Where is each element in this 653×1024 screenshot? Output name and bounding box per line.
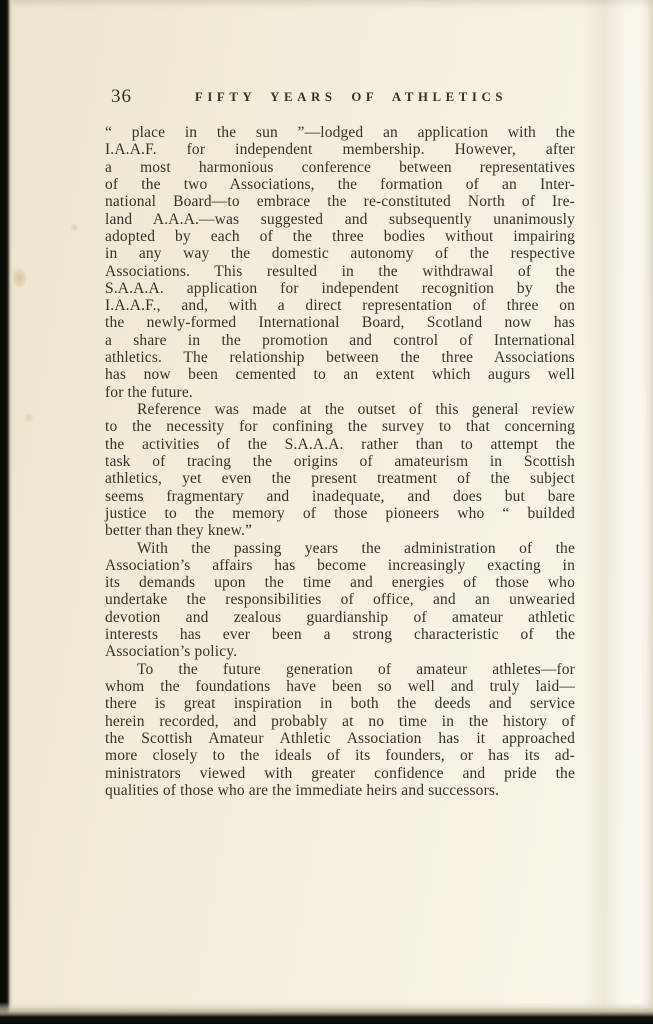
text-line: I.A.A.F. for independent membership. How… bbox=[105, 141, 575, 158]
text-line: To the future generation of amateur athl… bbox=[105, 661, 575, 678]
text-line: athletics. The relationship between the … bbox=[105, 349, 575, 366]
text-line: better than they knew.” bbox=[105, 522, 575, 539]
text-line: the activities of the S.A.A.A. rather th… bbox=[105, 436, 575, 453]
book-edge-left bbox=[0, 0, 14, 1024]
text-line: “ place in the sun ”—lodged an applicati… bbox=[105, 124, 575, 141]
text-line: land A.A.A.—was suggested and subsequent… bbox=[105, 211, 575, 228]
foxing-spot bbox=[70, 223, 79, 232]
text-line: more closely to the ideals of its founde… bbox=[105, 747, 575, 764]
text-line: national Board—to embrace the re-constit… bbox=[105, 193, 575, 210]
text-line: athletics, yet even the present treatmen… bbox=[105, 470, 575, 487]
text-line: the Scottish Amateur Athletic Associatio… bbox=[105, 730, 575, 747]
text-line: Association’s affairs has become increas… bbox=[105, 557, 575, 574]
text-line: I.A.A.F., and, with a direct representat… bbox=[105, 297, 575, 314]
text-line: in any way the domestic autonomy of the … bbox=[105, 245, 575, 262]
page-right-shade bbox=[583, 0, 653, 1024]
book-edge-bottom bbox=[0, 1002, 653, 1024]
text-line: of the two Associations, the formation o… bbox=[105, 176, 575, 193]
text-line: a most harmonious conference between rep… bbox=[105, 159, 575, 176]
text-line: ministrators viewed with greater confide… bbox=[105, 765, 575, 782]
text-line: has now been cemented to an extent which… bbox=[105, 366, 575, 383]
text-line: for the future. bbox=[105, 384, 575, 401]
text-line: undertake the responsibilities of office… bbox=[105, 591, 575, 608]
text-line: there is great inspiration in both the d… bbox=[105, 695, 575, 712]
text-line: With the passing years the administratio… bbox=[105, 540, 575, 557]
text-line: task of tracing the origins of amateuris… bbox=[105, 453, 575, 470]
running-header: FIFTY YEARS OF ATHLETICS bbox=[105, 90, 575, 105]
text-line: to the necessity for confining the surve… bbox=[105, 418, 575, 435]
text-line: adopted by each of the three bodies with… bbox=[105, 228, 575, 245]
text-line: seems fragmentary and inadequate, and do… bbox=[105, 488, 575, 505]
text-line: its demands upon the time and energies o… bbox=[105, 574, 575, 591]
text-line: a share in the promotion and control of … bbox=[105, 332, 575, 349]
page-body-text: “ place in the sun ”—lodged an applicati… bbox=[105, 124, 575, 799]
text-line: interests has ever been a strong charact… bbox=[105, 626, 575, 643]
text-line: S.A.A.A. application for independent rec… bbox=[105, 280, 575, 297]
foxing-spot bbox=[23, 412, 34, 423]
book-page-scan: 36 FIFTY YEARS OF ATHLETICS “ place in t… bbox=[0, 0, 653, 1024]
text-line: herein recorded, and probably at no time… bbox=[105, 713, 575, 730]
text-line: whom the foundations have been so well a… bbox=[105, 678, 575, 695]
text-line: devotion and zealous guardianship of ama… bbox=[105, 609, 575, 626]
text-line: Reference was made at the outset of this… bbox=[105, 401, 575, 418]
text-line: Associations. This resulted in the withd… bbox=[105, 263, 575, 280]
foxing-spot bbox=[12, 268, 27, 288]
text-line: qualities of those who are the immediate… bbox=[105, 782, 575, 799]
text-line: the newly-formed International Board, Sc… bbox=[105, 314, 575, 331]
text-line: justice to the memory of those pioneers … bbox=[105, 505, 575, 522]
page-header: 36 FIFTY YEARS OF ATHLETICS bbox=[105, 86, 575, 112]
text-line: Association’s policy. bbox=[105, 643, 575, 660]
